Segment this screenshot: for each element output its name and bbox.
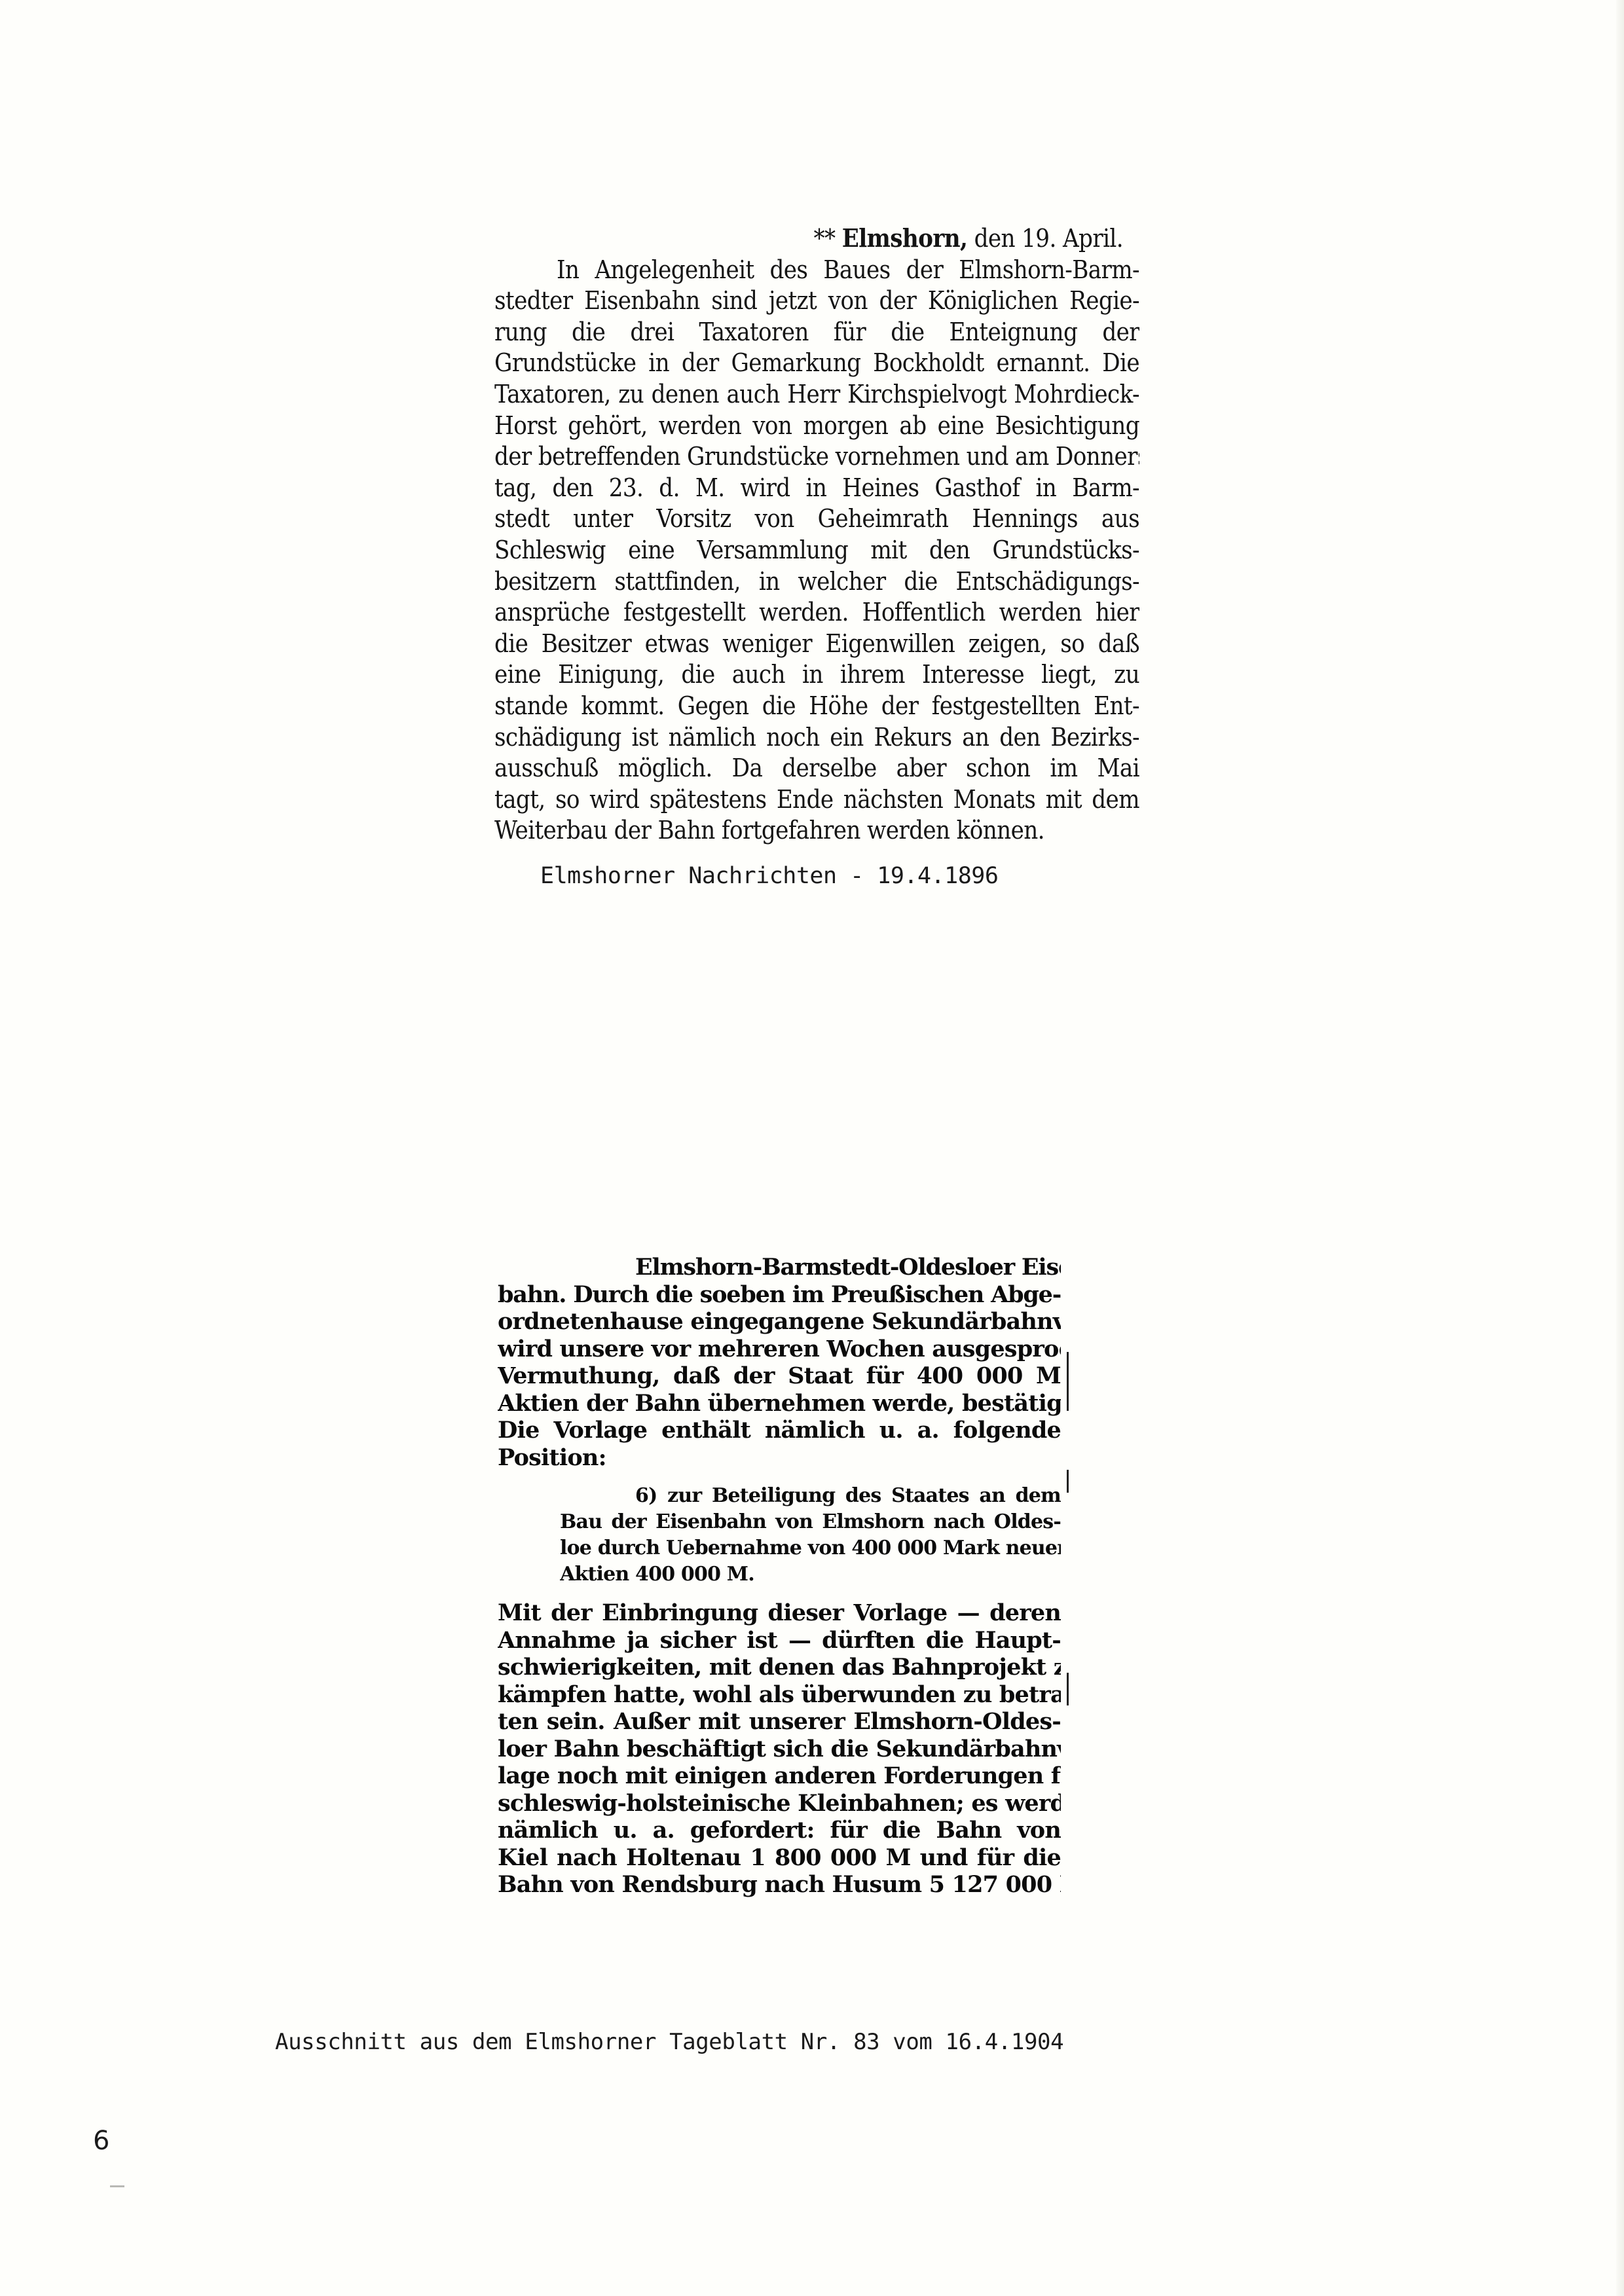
text-line: Aktien 400 000 M. xyxy=(560,1561,1061,1588)
text-line: eine Einigung, die auch in ihrem Interes… xyxy=(494,659,1139,691)
text-line: Horst gehört, werden von morgen ab eine … xyxy=(494,410,1139,442)
text-line: tag, den 23. d. M. wird in Heines Gastho… xyxy=(494,473,1139,504)
text-line: loer Bahn beschäftigt sich die Sekundärb… xyxy=(498,1736,1061,1763)
text-line: lage noch mit einigen anderen Forderunge… xyxy=(498,1762,1061,1790)
clipping-2-body: Mit der Einbringung dieser Vorlage — der… xyxy=(498,1599,1061,1899)
text-line: schleswig-holsteinische Kleinbahnen; es … xyxy=(498,1790,1061,1817)
text-line: stedt unter Vorsitz von Geheimrath Henni… xyxy=(494,503,1139,535)
text-line: In Angelegenheit des Baues der Elmshorn-… xyxy=(494,255,1139,286)
clipping-edge-mark xyxy=(1067,1352,1069,1411)
page-edge xyxy=(1616,0,1624,2296)
text-line: Aktien der Bahn übernehmen werde, bestät… xyxy=(498,1390,1061,1417)
text-line: stande kommt. Gegen die Höhe der festges… xyxy=(494,691,1139,722)
clipping-edge-mark xyxy=(1067,1470,1069,1493)
text-line: bahn. Durch die soeben im Preußischen Ab… xyxy=(498,1281,1061,1309)
clipping-2-position-item: 6) zur Beteiligung des Staates an demBau… xyxy=(498,1483,1061,1588)
dateline-place: Elmshorn, xyxy=(842,223,968,253)
text-line: Position: xyxy=(498,1444,1061,1472)
text-line: tagt, so wird spätestens Ende nächsten M… xyxy=(494,784,1139,816)
text-line: rung die drei Taxatoren für die Enteignu… xyxy=(494,317,1139,348)
text-line: ausschuß möglich. Da derselbe aber schon… xyxy=(494,753,1139,784)
text-line: Schleswig eine Versammlung mit den Grund… xyxy=(494,535,1139,566)
text-line: der betreffenden Grundstücke vornehmen u… xyxy=(494,441,1139,473)
text-line: ordnetenhause eingegangene Sekundärbahnv… xyxy=(498,1308,1061,1336)
newspaper-clipping-1896: ** Elmshorn, den 19. April. In Angelegen… xyxy=(494,223,1139,847)
text-line: ten sein. Außer mit unserer Elmshorn-Old… xyxy=(498,1708,1061,1736)
text-line: ansprüche festgestellt werden. Hoffentli… xyxy=(494,597,1139,629)
text-line: Kiel nach Holtenau 1 800 000 M und für d… xyxy=(498,1844,1061,1872)
clipping-1-body: In Angelegenheit des Baues der Elmshorn-… xyxy=(494,255,1139,847)
text-line: 6) zur Beteiligung des Staates an dem xyxy=(560,1483,1061,1509)
text-line: kämpfen hatte, wohl als überwunden zu be… xyxy=(498,1681,1061,1709)
text-line: Grundstücke in der Gemarkung Bockholdt e… xyxy=(494,348,1139,379)
clipping-2-head: Elmshorn-Barmstedt-Oldesloer Eisen-bahn.… xyxy=(498,1254,1061,1471)
text-line: schwierigkeiten, mit denen das Bahnproje… xyxy=(498,1654,1061,1681)
text-line: Mit der Einbringung dieser Vorlage — der… xyxy=(498,1599,1061,1627)
scan-smudge xyxy=(110,2185,124,2187)
caption-elmshorner-tageblatt: Ausschnitt aus dem Elmshorner Tageblatt … xyxy=(275,2029,1063,2055)
text-line: loe durch Uebernahme von 400 000 Mark ne… xyxy=(560,1535,1061,1561)
clipping-dateline: ** Elmshorn, den 19. April. xyxy=(494,223,1139,255)
caption-elmshorner-nachrichten: Elmshorner Nachrichten - 19.4.1896 xyxy=(540,863,998,889)
text-line: Annahme ja sicher ist — dürften die Haup… xyxy=(498,1627,1061,1654)
text-line: Die Vorlage enthält nämlich u. a. folgen… xyxy=(498,1417,1061,1444)
text-line: Vermuthung, daß der Staat für 400 000 M xyxy=(498,1362,1061,1390)
text-line: Bahn von Rendsburg nach Husum 5 127 000 … xyxy=(498,1871,1061,1899)
page-number: 6 xyxy=(93,2126,109,2156)
text-line: nämlich u. a. gefordert: für die Bahn vo… xyxy=(498,1817,1061,1844)
text-line: Elmshorn-Barmstedt-Oldesloer Eisen- xyxy=(498,1254,1061,1281)
text-line: Taxatoren, zu denen auch Herr Kirchspiel… xyxy=(494,379,1139,410)
text-line: stedter Eisenbahn sind jetzt von der Kön… xyxy=(494,285,1139,317)
text-line: besitzern stattfinden, in welcher die En… xyxy=(494,566,1139,598)
dateline-prefix: ** xyxy=(814,224,836,253)
text-line: Bau der Eisenbahn von Elmshorn nach Olde… xyxy=(560,1509,1061,1535)
text-line: die Besitzer etwas weniger Eigenwillen z… xyxy=(494,629,1139,660)
newspaper-clipping-1904: Elmshorn-Barmstedt-Oldesloer Eisen-bahn.… xyxy=(498,1254,1061,1899)
dateline-date: den 19. April. xyxy=(974,224,1123,253)
text-line: schädigung ist nämlich noch ein Rekurs a… xyxy=(494,722,1139,754)
text-line: wird unsere vor mehreren Wochen ausgespr… xyxy=(498,1336,1061,1363)
text-line: Weiterbau der Bahn fortgefahren werden k… xyxy=(494,815,1139,847)
clipping-edge-mark xyxy=(1067,1673,1069,1705)
